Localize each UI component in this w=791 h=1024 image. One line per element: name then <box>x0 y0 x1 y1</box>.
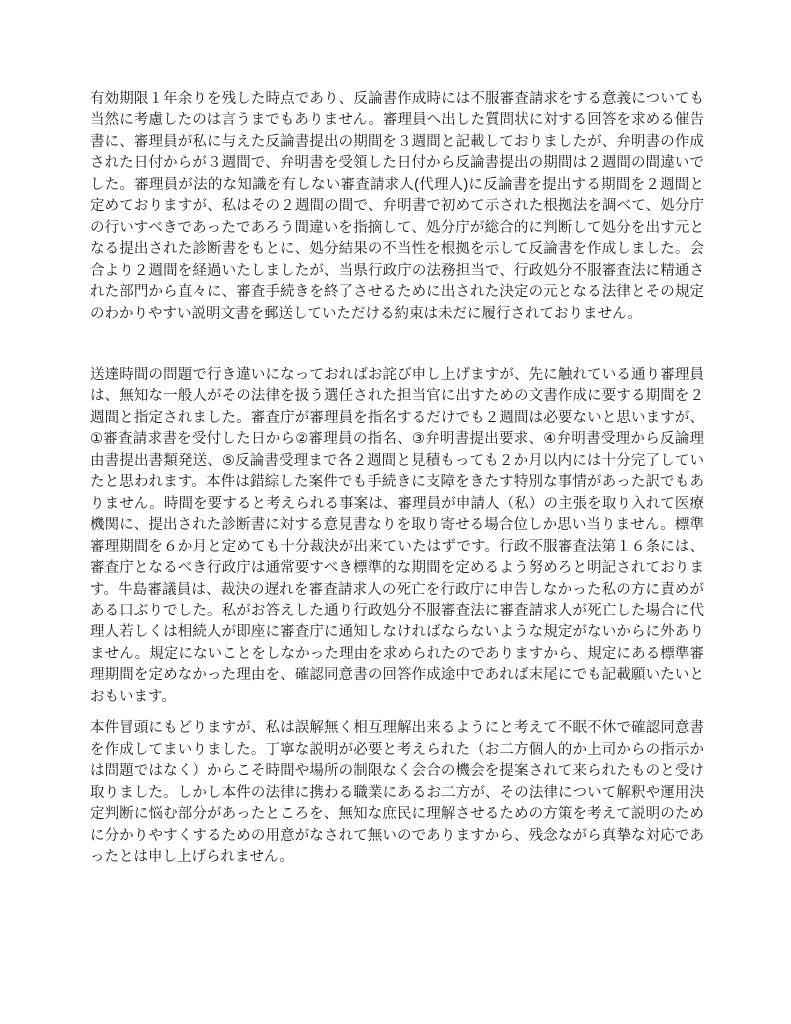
text-line: おもいます。 <box>90 687 704 708</box>
text-line: 当然に考慮したのは言うまでもありません。審理員へ出した質問状に対する回答を求める… <box>90 110 704 131</box>
text-line: 合より２週間を経過いたしましたが、当県行政庁の法務担当で、行政処分不服審査法に精… <box>90 261 704 282</box>
document-text-block: 有効期限１年余りを残した時点であり、反論書作成時には不服審査請求をする意義につい… <box>90 89 704 868</box>
text-line: す。牛島審議員は、裁決の遅れを審査請求人の死亡を行政庁に申告しなかった私の方に責… <box>90 580 704 601</box>
text-line: 審理期間を６か月と定めても十分裁決が出来ていたはずです。行政不服審査法第１６条に… <box>90 537 704 558</box>
text-line: は、無知な一般人がその法律を扱う選任された担当官に出すための文書作成に要する期間… <box>90 386 704 407</box>
text-line: 本件冒頭にもどりますが、私は誤解無く相互理解出来るようにと考えて不眠不休で確認同… <box>90 718 704 739</box>
text-line: ①審査請求書を受付した日から②審理員の指名、③弁明書提出要求、④弁明書受理から反… <box>90 429 704 450</box>
text-line: 取りました。しかし本件の法律に携わる職業にあるお二方が、その法律について解釈や運… <box>90 783 704 804</box>
text-line: 週間と指定されました。審査庁が審理員を指名するだけでも２週間は必要ないと思います… <box>90 408 704 429</box>
text-line: された日付からが３週間で、弁明書を受領した日付から反論書提出の期間は２週間の間違… <box>90 153 704 174</box>
text-line: 有効期限１年余りを残した時点であり、反論書作成時には不服審査請求をする意義につい… <box>90 89 704 110</box>
text-line: 定めておりますが、私はその２週間の間で、弁明書で初めて示された根拠法を調べて、処… <box>90 196 704 217</box>
text-line: 定判断に悩む部分があったところを、無知な庶民に理解させるための方策を考えて説明の… <box>90 804 704 825</box>
paragraph-1: 有効期限１年余りを残した時点であり、反論書作成時には不服審査請求をする意義につい… <box>90 89 704 325</box>
text-line: れた部門から直々に、審査手続きを終了させるために出された決定の元となる法律とその… <box>90 282 704 303</box>
text-line: は問題ではなく）からこそ時間や場所の制限なく会合の機会を提案されて来られたものと… <box>90 761 704 782</box>
text-line: 理期間を定めなかった理由を、確認同意書の回答作成途中であれば末尾にでも記載願いた… <box>90 665 704 686</box>
text-line: の行いすべきであったであろう間違いを指摘して、処分庁が総合的に判断して処分を出す… <box>90 218 704 239</box>
text-line: ある口ぶりでした。私がお答えした通り行政処分不服審査法に審査請求人が死亡した場合… <box>90 601 704 622</box>
text-line: なる提出された診断書をもとに、処分結果の不当性を根拠を示して反論書を作成しました… <box>90 239 704 260</box>
text-line: 送達時間の問題で行き違いになっておればお詫び申し上げますが、先に触れている通り審… <box>90 365 704 386</box>
paragraph-3: 本件冒頭にもどりますが、私は誤解無く相互理解出来るようにと考えて不眠不休で確認同… <box>90 718 704 868</box>
text-line: 機関に、提出された診断書に対する意見書なりを取り寄せる場合位しか思い当りません。… <box>90 515 704 536</box>
text-line: に分かりやすくするための用意がなされて無いのでありますから、残念ながら真摯な対応… <box>90 826 704 847</box>
text-line: 理人若しくは相続人が即座に審査庁に通知しなければならないような規定がないからに外… <box>90 622 704 643</box>
text-line: 審査庁となるべき行政庁は通常要すべき標準的な期間を定めるよう努めろと明記されてお… <box>90 558 704 579</box>
text-line: のわかりやすい説明文書を郵送していただける約束は未だに履行されておりません。 <box>90 304 704 325</box>
text-line: ったとは申し上げられません。 <box>90 847 704 868</box>
document-page: 有効期限１年余りを残した時点であり、反論書作成時には不服審査請求をする意義につい… <box>0 0 791 1024</box>
paragraph-2: 送達時間の問題で行き違いになっておればお詫び申し上げますが、先に触れている通り審… <box>90 365 704 708</box>
text-line: 書に、審理員が私に与えた反論書提出の期間を３週間と記載しておりましたが、弁明書の… <box>90 132 704 153</box>
text-line: たと思われます。本件は錯綜した案件でも手続きに支障をきたす特別な事情があった訳で… <box>90 472 704 493</box>
text-line: りません。時間を要すると考えられる事案は、審理員が申請人（私）の主張を取り入れて… <box>90 494 704 515</box>
text-line: 由書提出書類発送、⑤反論書受理まで各２週間と見積もっても２か月以内には十分完了し… <box>90 451 704 472</box>
text-line: ません。規定にないことをしなかった理由を求められたのでありますから、規定にある標… <box>90 644 704 665</box>
text-line: した。審理員が法的な知識を有しない審査請求人(代理人)に反論書を提出する期間を２… <box>90 175 704 196</box>
text-line: を作成してまいりました。丁寧な説明が必要と考えられた（お二方個人的か上司からの指… <box>90 740 704 761</box>
